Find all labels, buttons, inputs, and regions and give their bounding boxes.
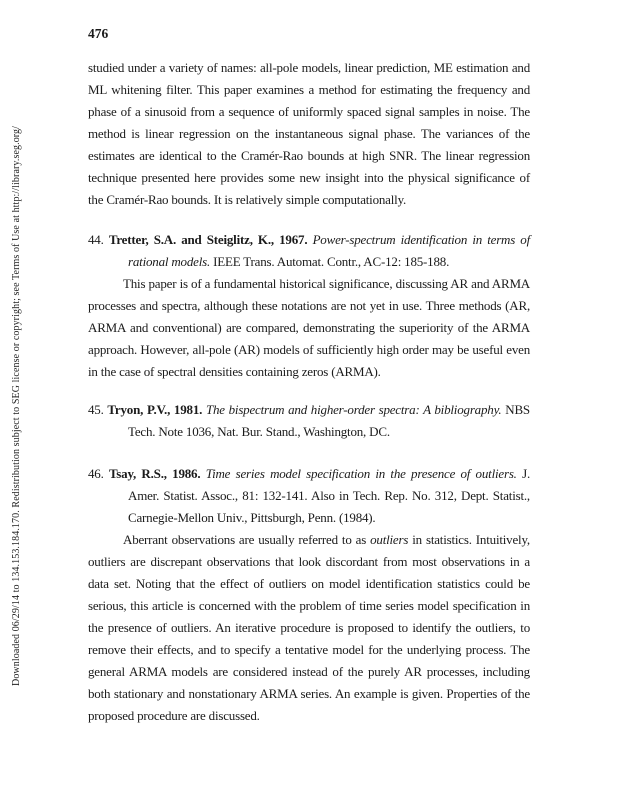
annotation-italic-term: outliers [370,532,408,547]
reference-authors: Tretter, S.A. and Steiglitz, K., 1967. [109,232,308,247]
reference-number: 44. [88,232,104,247]
reference-authors: Tryon, P.V., 1981. [107,402,202,417]
reference-heading: 45. Tryon, P.V., 1981. The bispectrum an… [88,399,530,443]
reference-entry-46: 46. Tsay, R.S., 1986. Time series model … [88,463,530,727]
reference-number: 46. [88,466,104,481]
intro-paragraph: studied under a variety of names: all-po… [88,57,530,211]
annotation-text: in statistics. Intuitively, outliers are… [88,532,530,723]
reference-heading: 44. Tretter, S.A. and Steiglitz, K., 196… [88,229,530,273]
page-number: 476 [88,26,530,42]
page-content: 476 studied under a variety of names: al… [88,26,530,727]
reference-heading: 46. Tsay, R.S., 1986. Time series model … [88,463,530,529]
reference-annotation: This paper is of a fundamental historica… [88,273,530,383]
copyright-watermark: Downloaded 06/29/14 to 134.153.184.170. … [11,126,22,686]
reference-entry-44: 44. Tretter, S.A. and Steiglitz, K., 196… [88,229,530,383]
reference-annotation: Aberrant observations are usually referr… [88,529,530,727]
reference-entry-45: 45. Tryon, P.V., 1981. The bispectrum an… [88,399,530,443]
reference-title: Time series model specification in the p… [206,466,517,481]
reference-source: IEEE Trans. Automat. Contr., AC-12: 185-… [213,254,449,269]
reference-title: The bispectrum and higher-order spectra:… [206,402,502,417]
reference-authors: Tsay, R.S., 1986. [109,466,200,481]
annotation-text: Aberrant observations are usually referr… [123,532,366,547]
reference-number: 45. [88,402,104,417]
